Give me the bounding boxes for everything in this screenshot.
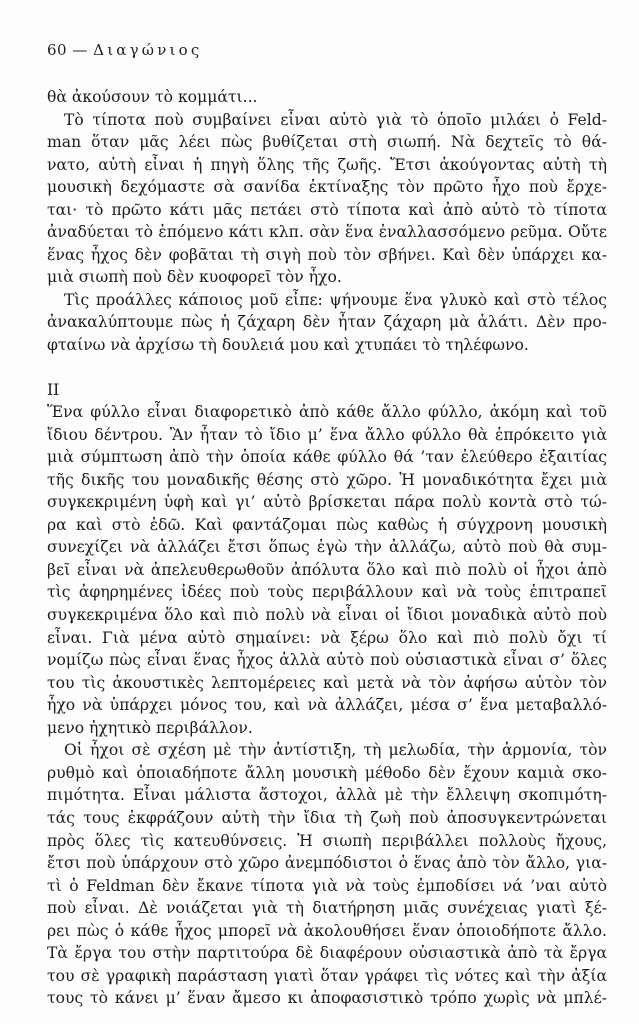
text-line: ρει πὼς ὁ κάθε ἦχος μπορεῖ νὰ ἀκολουθήσε… — [47, 920, 607, 943]
text-line: ἀναδύεται τὸ ἑπόμενο κάτι κλπ. σὰν ἕνα ἐ… — [47, 221, 607, 244]
text-line: ποὺ εἶναι. Δὲ νοιάζεται γιὰ τὴ διατήρηση… — [47, 897, 607, 920]
text-line: του σὲ γραφικὴ παράσταση γιατὶ ὅταν γράφ… — [47, 965, 607, 988]
text-line: εἶναι. Γιὰ μένα αὐτὸ σημαίνει: νὰ ξέρω ὅ… — [47, 627, 607, 650]
text-line: μενο ἠχητικὸ περιβάλλον. — [47, 717, 607, 740]
text-line: νατο, αὐτὴ εἶναι ἡ πηγὴ ὅλης τῆς ζωῆς. Ἔ… — [47, 154, 607, 177]
section-numeral: II — [47, 379, 607, 402]
text-line: τὶ ὁ Feldman δὲν ἔκανε τίποτα γιὰ νὰ τοὺ… — [47, 875, 607, 898]
text-line: του τὶς ἀκουστικὲς λεπτομέρειες καὶ μετὰ… — [47, 672, 607, 695]
text-line: ρα καὶ στὸ ἐδῶ. Καὶ φαντάζομαι πὼς καθὼς… — [47, 514, 607, 537]
text-line: πιμότητα. Εἶναι μάλιστα ἄστοχοι, ἀλλὰ μὲ… — [47, 784, 607, 807]
body-text: θὰ ἀκούσουν τὸ κομμάτι... Τὸ τίποτα ποὺ … — [47, 86, 607, 1010]
text-line: ἔτσι ποὺ ὑπάρχουν στὸ χῶρο ἀνεμπόδιστοι … — [47, 852, 607, 875]
text-line: ἴδιου δέντρου. Ἂν ἦταν τὸ ἴδιο μ’ ἕνα ἄλ… — [47, 424, 607, 447]
text-line: τάς τους ἐκφράζουν αὐτὴ τὴν ἴδια τὴ ζωὴ … — [47, 807, 607, 830]
text-line: συνεχίζει νὰ ἀλλάζει ἔτσι ὅπως ἐγὼ τὴν ἀ… — [47, 536, 607, 559]
text-line: νομίζω πὼς εἶναι ἕνας ἦχος ἀλλὰ αὐτὸ ποὺ… — [47, 649, 607, 672]
text-line: Τὸ τίποτα ποὺ συμβαίνει εἶναι αὐτὸ γιὰ τ… — [47, 109, 607, 132]
book-title: Διαγώνιος — [93, 41, 202, 59]
text-line: ἕνας ἦχος δὲν φοβᾶται τὴ σιγὴ ποὺ τὸν σβ… — [47, 244, 607, 267]
text-line: φταίνω νὰ ἀρχίσω τὴ δουλειά μου καὶ χτυπ… — [47, 334, 607, 357]
text-line: τῆς δικῆς του μοναδικῆς θέσης στὸ χῶρο. … — [47, 469, 607, 492]
text-line: Τὶς προάλλες κάποιος μοῦ εἶπε: ψήνουμε ἕ… — [47, 289, 607, 312]
text-line: ται· τὸ πρῶτο κάτι μᾶς πετάει στὸ τίποτα… — [47, 199, 607, 222]
book-page: 60 — Διαγώνιος θὰ ἀκούσουν τὸ κομμάτι...… — [0, 0, 639, 1024]
text-line: βεῖ εἶναι νὰ ἀπελευθερωθοῦν ἀπόλυτα ὅλο … — [47, 559, 607, 582]
text-line: ἦχο νὰ ὑπάρχει μόνος του, καὶ νὰ ἀλλάζει… — [47, 694, 607, 717]
text-line: Οἱ ἦχοι σὲ σχέση μὲ τὴν ἀντίστιξη, τὴ με… — [47, 739, 607, 762]
text-line: ρυθμὸ καὶ ὁποιαδήποτε ἄλλη μουσικὴ μέθοδ… — [47, 762, 607, 785]
page-number: 60 — [47, 41, 67, 59]
text-line: πρὸς ὅλες τὶς κατευθύνσεις. Ἡ σιωπὴ περι… — [47, 830, 607, 853]
text-line: θὰ ἀκούσουν τὸ κομμάτι... — [47, 86, 607, 109]
running-head: 60 — Διαγώνιος — [47, 41, 202, 59]
text-line: μουσικὴ δεχόμαστε σὰ σανίδα ἐκτίναξης τὸ… — [47, 176, 607, 199]
text-line: τους τὸ κάνει μ’ ἕναν ἄμεσο κι ἀποφασιστ… — [47, 987, 607, 1010]
head-separator: — — [72, 41, 88, 59]
text-line: Ἕνα φύλλο εἶναι διαφορετικὸ ἀπὸ κάθε ἄλλ… — [47, 401, 607, 424]
text-line: τὶς ἀφηρημένες ἰδέες ποὺ τοὺς περιβάλλου… — [47, 581, 607, 604]
text-line: συγκεκριμένα ὅλο καὶ πιὸ πολὺ νὰ εἶναι ο… — [47, 604, 607, 627]
text-line: ἀνακαλύπτουμε πὼς ἡ ζάχαρη δὲν ἦταν ζάχα… — [47, 311, 607, 334]
text-line: μιὰ σύμπτωση ἀπὸ τὴν ὁποία κάθε φύλλο θά… — [47, 446, 607, 469]
text-line: μιὰ σιωπὴ ποὺ δὲν κυοφορεῖ τὸν ἦχο. — [47, 266, 607, 289]
text-line: man ὅταν μᾶς λέει πὼς βυθίζεται στὴ σιωπ… — [47, 131, 607, 154]
text-line: Τὰ ἔργα του στὴν παρτιτούρα δὲ διαφέρουν… — [47, 942, 607, 965]
text-line: συγκεκριμένη ὑφὴ καὶ γι’ αὐτὸ βρίσκεται … — [47, 491, 607, 514]
